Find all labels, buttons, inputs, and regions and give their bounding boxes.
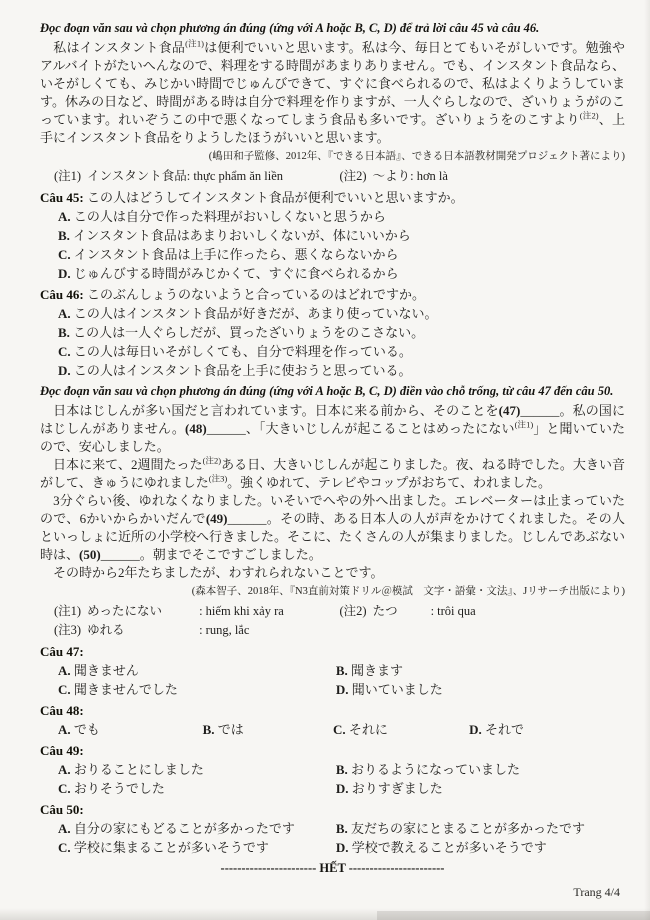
- option-letter: A.: [58, 821, 71, 836]
- answer-option-C: C. インスタント食品は上手に作ったら、悪くならないから: [58, 245, 625, 264]
- note-term: めったにない: [87, 602, 199, 621]
- option-letter: B.: [203, 722, 215, 737]
- blank-line: ______: [101, 547, 140, 562]
- option-text: この人は自分で作った料理がおいしくないと思うから: [71, 209, 386, 224]
- answer-option-B: B. では: [203, 720, 333, 739]
- page-content: Đọc đoạn văn sau và chọn phương án đúng …: [0, 0, 650, 876]
- question-48-line: Câu 48:: [40, 701, 625, 720]
- answer-option-B: B. 友だちの家にとまることが多かったです: [336, 819, 625, 838]
- option-letter: D.: [336, 682, 349, 697]
- note-item: (注1)インスタント食品: thực phẩm ăn liền: [54, 167, 340, 186]
- option-text: この人は毎日いそがしくても、自分で料理を作っている。: [71, 344, 412, 359]
- blank-line: ______: [520, 403, 559, 418]
- question-45-line: Câu 45: この人はどうしてインスタント食品が便利でいいと思いますか。: [40, 188, 625, 207]
- answer-option-D: D. おりすぎました: [336, 779, 625, 798]
- passage-2-paragraph: 日本はじしんが多い国だと言われています。日本に来る前から、そのことを(47)__…: [40, 402, 625, 456]
- question-label: Câu 50:: [40, 802, 84, 817]
- question-label: Câu 47:: [40, 644, 84, 659]
- scanned-exam-page: Đọc đoạn văn sau và chọn phương án đúng …: [0, 0, 650, 876]
- option-letter: A.: [58, 663, 71, 678]
- question-47: Câu 47: A. 聞きませんB. 聞きますC. 聞きませんでしたD. 聞いて…: [40, 642, 625, 699]
- option-letter: A.: [58, 306, 71, 321]
- option-text: おりるようになっていました: [348, 762, 520, 777]
- option-letter: B.: [58, 228, 70, 243]
- option-letter: C.: [58, 344, 71, 359]
- option-text: でも: [71, 722, 100, 737]
- text-segment: 日本はじしんが多い国だと言われています。日本に来る前から、そのことを: [40, 403, 499, 418]
- option-text: おりそうでした: [71, 781, 165, 796]
- note-definition: : trôi qua: [431, 604, 476, 618]
- question-50-options: A. 自分の家にもどることが多かったですB. 友だちの家にとまることが多かったで…: [58, 819, 625, 857]
- note-term: インスタント食品: [87, 167, 187, 186]
- citation-1: (嶋田和子監修、2012年、『できる日本語』、できる日本語教材開発プロジェクト著…: [40, 149, 625, 164]
- answer-option-B: B. おりるようになっていました: [336, 760, 625, 779]
- question-49-options: A. おりることにしましたB. おりるようになっていましたC. おりそうでしたD…: [58, 760, 625, 798]
- note-definition: : thực phẩm ăn liền: [187, 169, 283, 183]
- question-label: Câu 49:: [40, 743, 84, 758]
- answer-option-D: D. 聞いていました: [336, 680, 625, 699]
- question-48-options: A. でもB. ではC. それにD. それで: [58, 720, 625, 739]
- answer-option-B: B. この人は一人ぐらしだが、買ったざいりょうをのこさない。: [58, 323, 625, 342]
- option-letter: C.: [333, 722, 346, 737]
- note-ref: (注2): [580, 111, 599, 121]
- note-ref: (注2): [203, 456, 221, 466]
- note-term: ゆれる: [87, 621, 199, 640]
- option-text: では: [215, 722, 244, 737]
- passage-2-paragraph: その時から2年たちましたが、わすれられないことです。: [40, 564, 625, 582]
- option-text: インスタント食品は上手に作ったら、悪くならないから: [71, 247, 399, 262]
- blank-number: (48): [185, 421, 207, 436]
- option-text: インスタント食品はあまりおいしくないが、体にいいから: [70, 228, 411, 243]
- note-item: (注1)めったにない: hiếm khi xảy ra: [54, 602, 340, 621]
- text-segment: 。朝までそこですごしました。: [140, 547, 322, 562]
- option-text: 聞きませんでした: [71, 682, 178, 697]
- question-48: Câu 48: A. でもB. ではC. それにD. それで: [40, 701, 625, 739]
- option-text: おりすぎました: [348, 781, 442, 796]
- option-letter: B.: [336, 663, 348, 678]
- question-46-options: A. この人はインスタント食品が好きだが、あまり使っていない。B. この人は一人…: [40, 304, 625, 380]
- option-text: 友だちの家にとまることが多かったです: [348, 821, 585, 836]
- note-ref: (注3): [209, 474, 227, 484]
- notes-row: (注1)めったにない: hiếm khi xảy ra (注2)たつ: trôi…: [54, 602, 625, 621]
- blank-line: ______: [207, 421, 246, 436]
- question-47-options: A. 聞きませんB. 聞きますC. 聞きませんでしたD. 聞いていました: [58, 661, 625, 699]
- option-letter: B.: [336, 762, 348, 777]
- option-letter: B.: [58, 325, 70, 340]
- option-letter: C.: [58, 682, 71, 697]
- question-47-line: Câu 47:: [40, 642, 625, 661]
- question-50-line: Câu 50:: [40, 800, 625, 819]
- question-label: Câu 48:: [40, 703, 84, 718]
- option-text: 学校に集まることが多いそうです: [71, 840, 269, 855]
- text-segment: 日本に来て、2週間たった: [40, 457, 203, 472]
- blank-number: (50): [79, 547, 101, 562]
- answer-option-C: C. 聞きませんでした: [58, 680, 336, 699]
- answer-option-A: A. 聞きません: [58, 661, 336, 680]
- answer-option-C: C. この人は毎日いそがしくても、自分で料理を作っている。: [58, 342, 625, 361]
- option-text: 学校で教えることが多いそうです: [348, 840, 546, 855]
- notes-row: (注3)ゆれる: rung, lắc: [54, 621, 625, 640]
- answer-option-A: A. 自分の家にもどることが多かったです: [58, 819, 336, 838]
- answer-option-A: A. この人は自分で作った料理がおいしくないと思うから: [58, 207, 625, 226]
- option-text: この人はインスタント食品が好きだが、あまり使っていない。: [71, 306, 438, 321]
- note-number: (注1): [54, 169, 81, 183]
- option-text: それで: [482, 722, 524, 737]
- note-number: (注3): [54, 623, 81, 637]
- option-letter: D.: [469, 722, 482, 737]
- option-text: 聞いていました: [348, 682, 442, 697]
- option-text: それに: [346, 722, 388, 737]
- blank-line: ______: [228, 511, 267, 526]
- passage-2-paragraph: 3分ぐらい後、ゆれなくなりました。いそいでへやの外へ出ました。エレベーターは止ま…: [40, 492, 625, 564]
- instruction-reading-2: Đọc đoạn văn sau và chọn phương án đúng …: [40, 383, 625, 400]
- question-50: Câu 50: A. 自分の家にもどることが多かったですB. 友だちの家にとまる…: [40, 800, 625, 857]
- note-number: (注1): [54, 604, 81, 618]
- option-letter: D.: [336, 840, 349, 855]
- option-text: 聞きません: [71, 663, 139, 678]
- note-definition: : rung, lắc: [199, 623, 249, 637]
- passage-1: 私はインスタント食品(注1)は便利でいいと思います。私は今、毎日とてもいそがしい…: [40, 39, 625, 147]
- text-segment: その時から2年たちましたが、わすれられないことです。: [40, 565, 383, 580]
- note-item: (注3)ゆれる: rung, lắc: [54, 621, 340, 640]
- answer-option-A: A. おりることにしました: [58, 760, 336, 779]
- option-letter: C.: [58, 781, 71, 796]
- question-45: Câu 45: この人はどうしてインスタント食品が便利でいいと思いますか。 A.…: [40, 188, 625, 283]
- note-term: ～より: [373, 167, 411, 186]
- answer-option-B: B. インスタント食品はあまりおいしくないが、体にいいから: [58, 226, 625, 245]
- answer-option-A: A. でも: [58, 720, 203, 739]
- text-segment: 私はインスタント食品: [40, 40, 185, 55]
- option-letter: D.: [336, 781, 349, 796]
- blank-number: (47): [499, 403, 521, 418]
- note-definition: : hơn là: [410, 169, 448, 183]
- question-text: この人はどうしてインスタント食品が便利でいいと思いますか。: [87, 190, 464, 205]
- text-segment: 。強くゆれて、テレビやコップがおちて、われました。: [227, 475, 551, 490]
- option-letter: D.: [58, 266, 71, 281]
- option-text: 聞きます: [348, 663, 403, 678]
- page-number: Trang 4/4: [573, 885, 620, 900]
- answer-option-D: D. 学校で教えることが多いそうです: [336, 838, 625, 857]
- notes-passage-1: (注1)インスタント食品: thực phẩm ăn liền (注2)～より:…: [54, 167, 625, 186]
- option-letter: C.: [58, 840, 71, 855]
- option-text: じゅんびする時間がみじかくて、すぐに食べられるから: [71, 266, 399, 281]
- answer-option-D: D. じゅんびする時間がみじかくて、すぐに食べられるから: [58, 264, 625, 283]
- option-letter: A.: [58, 209, 71, 224]
- option-letter: C.: [58, 247, 71, 262]
- note-ref: (注1): [185, 39, 204, 49]
- blank-number: (49): [206, 511, 228, 526]
- answer-option-D: D. それで: [469, 720, 625, 739]
- citation-2: (森本智子、2018年、『N3直前対策ドリル＠模試 文字・語彙・文法』、Jリサー…: [40, 584, 625, 599]
- notes-passage-2: (注1)めったにない: hiếm khi xảy ra (注2)たつ: trôi…: [40, 602, 625, 640]
- note-number: (注2): [340, 169, 367, 183]
- note-ref: (注1): [515, 420, 534, 430]
- question-label: Câu 46:: [40, 287, 84, 302]
- note-number: (注2): [340, 604, 367, 618]
- option-letter: B.: [336, 821, 348, 836]
- note-item: (注2)たつ: trôi qua: [340, 602, 626, 621]
- option-text: この人は一人ぐらしだが、買ったざいりょうをのこさない。: [70, 325, 424, 340]
- question-46: Câu 46: このぶんしょうのないようと合っているのはどれですか。 A. この…: [40, 285, 625, 380]
- question-49: Câu 49: A. おりることにしましたB. おりるようになっていましたC. …: [40, 741, 625, 798]
- question-46-line: Câu 46: このぶんしょうのないようと合っているのはどれですか。: [40, 285, 625, 304]
- answer-option-C: C. 学校に集まることが多いそうです: [58, 838, 336, 857]
- passage-2: 日本はじしんが多い国だと言われています。日本に来る前から、そのことを(47)__…: [40, 402, 625, 582]
- note-term: たつ: [373, 602, 431, 621]
- scan-edge-shadow-right: [644, 0, 650, 920]
- option-text: この人はインスタント食品を上手に使おうと思っている。: [71, 363, 412, 378]
- question-49-line: Câu 49:: [40, 741, 625, 760]
- answer-option-C: C. それに: [333, 720, 469, 739]
- answer-option-C: C. おりそうでした: [58, 779, 336, 798]
- note-definition: : hiếm khi xảy ra: [199, 604, 284, 618]
- option-text: おりることにしました: [71, 762, 204, 777]
- option-letter: D.: [58, 363, 71, 378]
- note-item: (注2)～より: hơn là: [340, 167, 626, 186]
- instruction-reading-1: Đọc đoạn văn sau và chọn phương án đúng …: [40, 20, 625, 37]
- answer-option-A: A. この人はインスタント食品が好きだが、あまり使っていない。: [58, 304, 625, 323]
- question-45-options: A. この人は自分で作った料理がおいしくないと思うからB. インスタント食品はあ…: [40, 207, 625, 283]
- end-of-exam-marker: ----------------------- HẾT ------------…: [40, 861, 625, 876]
- answer-option-D: D. この人はインスタント食品を上手に使おうと思っている。: [58, 361, 625, 380]
- passage-2-paragraph: 日本に来て、2週間たった(注2)ある日、大きいじしんが起こりました。夜、ねる時で…: [40, 456, 625, 492]
- scan-edge-shadow-corner: [377, 911, 650, 920]
- option-letter: A.: [58, 762, 71, 777]
- option-letter: A.: [58, 722, 71, 737]
- text-segment: 、「大きいじしんが起こることはめったにない: [246, 421, 515, 436]
- question-text: このぶんしょうのないようと合っているのはどれですか。: [87, 287, 425, 302]
- option-text: 自分の家にもどることが多かったです: [71, 821, 295, 836]
- passage-1-paragraph: 私はインスタント食品(注1)は便利でいいと思います。私は今、毎日とてもいそがしい…: [40, 39, 625, 147]
- note-item-empty: [340, 621, 626, 640]
- answer-option-B: B. 聞きます: [336, 661, 625, 680]
- question-label: Câu 45:: [40, 190, 84, 205]
